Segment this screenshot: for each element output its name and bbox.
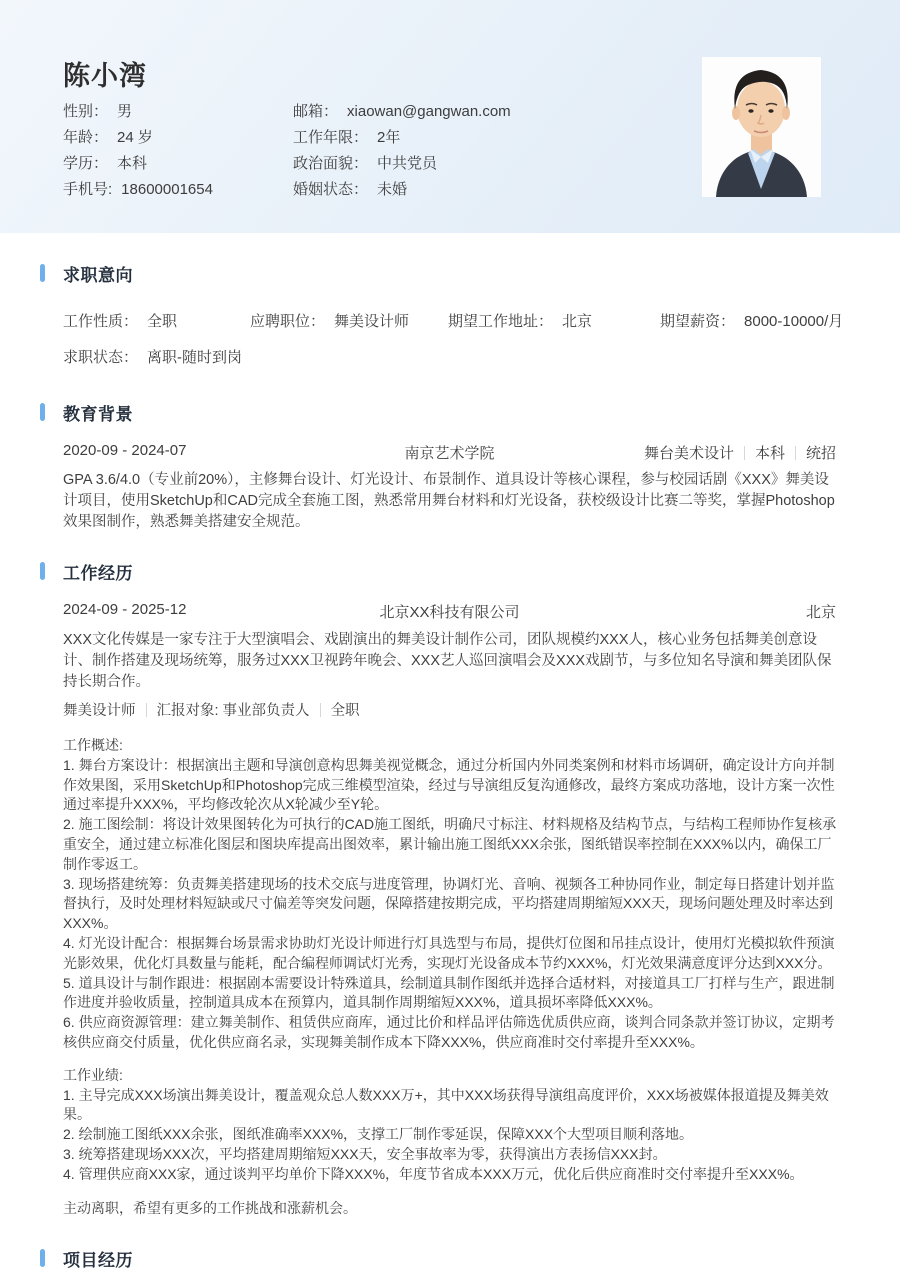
education-meta-row: 2020-09 - 2024-07 南京艺术学院 舞台美术设计 本科 统招 bbox=[63, 442, 836, 462]
education-value: 本科 bbox=[117, 155, 147, 172]
overview-item: 3. 现场搭建统筹：负责舞美搭建现场的技术交底与进度管理，协调灯光、音响、视频各… bbox=[63, 875, 840, 934]
leave-reason: 主动离职，希望有更多的工作挑战和涨薪机会。 bbox=[63, 1199, 840, 1219]
edu-description: GPA 3.6/4.0（专业前20%），主修舞台设计、灯光设计、布景制作、道具设… bbox=[63, 470, 840, 533]
overview-item: 1. 舞台方案设计：根据演出主题和导演创意构思舞美视觉概念，通过分析国内外同类案… bbox=[63, 756, 840, 815]
job-intent-row: 工作性质：全职 应聘职位：舞美设计师 期望工作地址：北京 期望薪资：8000-1… bbox=[0, 310, 900, 332]
phone-label: 手机号: bbox=[63, 181, 112, 198]
target-location-label: 期望工作地址： bbox=[448, 313, 553, 330]
work-job-type: 全职 bbox=[331, 699, 360, 720]
job-type-value: 全职 bbox=[147, 313, 177, 330]
phone-value: 18600001654 bbox=[121, 181, 213, 198]
resume-page: { "theme": { "accent_color": "#6fb0ea", … bbox=[0, 0, 900, 1275]
section-work-title: 工作经历 bbox=[40, 561, 133, 581]
overview-item: 4. 灯光设计配合：根据舞台场景需求协助灯光设计师进行灯具选型与布局，提供灯位图… bbox=[63, 934, 840, 974]
info-field-education: 学历：本科 bbox=[63, 151, 213, 177]
work-years-value: 2年 bbox=[377, 129, 400, 146]
overview-item: 6. 供应商资源管理：建立舞美制作、租赁供应商库，通过比价和样品评估筛选优质供应… bbox=[63, 1013, 840, 1053]
header-info-left: 性别：男 年龄：24 岁 学历：本科 手机号:18600001654 bbox=[63, 99, 213, 203]
section-accent-bar bbox=[40, 403, 45, 421]
work-report-to: 汇报对象: 事业部负责人 bbox=[157, 699, 310, 720]
achievement-item: 1. 主导完成XXX场演出舞美设计，覆盖观众总人数XXX万+，其中XXX场获得导… bbox=[63, 1086, 840, 1126]
work-achievements-block: 工作业绩: 1. 主导完成XXX场演出舞美设计，覆盖观众总人数XXX万+，其中X… bbox=[63, 1066, 840, 1185]
header-info-right: 邮箱：xiaowan@gangwan.com 工作年限：2年 政治面貌：中共党员… bbox=[293, 99, 511, 203]
target-location-field: 期望工作地址：北京 bbox=[448, 310, 592, 331]
divider bbox=[320, 703, 321, 717]
info-field-email: 邮箱：xiaowan@gangwan.com bbox=[293, 99, 511, 125]
job-type-field: 工作性质：全职 bbox=[63, 310, 177, 331]
section-accent-bar bbox=[40, 562, 45, 580]
resume-header: 陈小湾 性别：男 年龄：24 岁 学历：本科 手机号:18600001654 邮… bbox=[0, 0, 900, 233]
candidate-name: 陈小湾 bbox=[63, 54, 147, 93]
work-years-label: 工作年限： bbox=[293, 129, 368, 146]
section-education-title: 教育背景 bbox=[40, 402, 133, 422]
project-title-text: 项目经历 bbox=[63, 1246, 133, 1271]
info-field-age: 年龄：24 岁 bbox=[63, 125, 213, 151]
edu-degree-group: 舞台美术设计 本科 统招 bbox=[644, 442, 836, 463]
work-detail: 工作概述: 1. 舞台方案设计：根据演出主题和导演创意构思舞美视觉概念，通过分析… bbox=[63, 736, 840, 1218]
info-field-political-status: 政治面貌：中共党员 bbox=[293, 151, 511, 177]
age-label: 年龄： bbox=[63, 129, 108, 146]
achievement-item: 2. 绘制施工图纸XXX余张，图纸准确率XXX%，支撑工厂制作零延误，保障XXX… bbox=[63, 1125, 840, 1145]
work-overview-block: 工作概述: 1. 舞台方案设计：根据演出主题和导演创意构思舞美视觉概念，通过分析… bbox=[63, 736, 840, 1053]
email-value: xiaowan@gangwan.com bbox=[347, 103, 511, 120]
job-status-field: 求职状态：离职-随时到岗 bbox=[63, 346, 242, 367]
education-title-text: 教育背景 bbox=[63, 400, 133, 425]
education-label: 学历： bbox=[63, 155, 108, 172]
overview-item: 5. 道具设计与制作跟进：根据剧本需要设计特殊道具，绘制道具制作图纸并选择合适材… bbox=[63, 974, 840, 1014]
marital-status-value: 未婚 bbox=[377, 181, 407, 198]
divider bbox=[146, 703, 147, 717]
job-intent-title-text: 求职意向 bbox=[63, 261, 133, 286]
achievement-item: 3. 统筹搭建现场XXX次，平均搭建周期缩短XXX天，安全事故率为零，获得演出方… bbox=[63, 1145, 840, 1165]
email-label: 邮箱： bbox=[293, 103, 338, 120]
age-value: 24 岁 bbox=[117, 129, 153, 146]
job-status-value: 离职-随时到岗 bbox=[147, 349, 242, 366]
section-accent-bar bbox=[40, 264, 45, 282]
expected-salary-value: 8000-10000/月 bbox=[744, 313, 843, 330]
gender-label: 性别： bbox=[63, 103, 108, 120]
section-project-title: 项目经历 bbox=[40, 1248, 133, 1268]
marital-status-label: 婚姻状态： bbox=[293, 181, 368, 198]
achievement-item: 4. 管理供应商XXX家，通过谈判平均单价下降XXX%，年度节省成本XXX万元，… bbox=[63, 1165, 840, 1185]
target-position-value: 舞美设计师 bbox=[334, 313, 409, 330]
company-intro: XXX文化传媒是一家专注于大型演唱会、戏剧演出的舞美设计制作公司，团队规模约XX… bbox=[63, 630, 840, 693]
work-city: 北京 bbox=[806, 601, 836, 622]
target-position-label: 应聘职位： bbox=[250, 313, 325, 330]
divider bbox=[795, 446, 796, 460]
work-position: 舞美设计师 bbox=[63, 699, 136, 720]
political-status-value: 中共党员 bbox=[377, 155, 437, 172]
expected-salary-field: 期望薪资：8000-10000/月 bbox=[660, 310, 843, 331]
target-position-field: 应聘职位：舞美设计师 bbox=[250, 310, 409, 331]
section-accent-bar bbox=[40, 1249, 45, 1267]
overview-item: 2. 施工图绘制：将设计效果图转化为可执行的CAD施工图纸，明确尺寸标注、材料规… bbox=[63, 815, 840, 874]
info-field-phone: 手机号:18600001654 bbox=[63, 177, 213, 203]
work-role-row: 舞美设计师 汇报对象: 事业部负责人 全职 bbox=[63, 699, 360, 720]
info-field-work-years: 工作年限：2年 bbox=[293, 125, 511, 151]
work-meta-row: 2024-09 - 2025-12 北京XX科技有限公司 北京 bbox=[63, 601, 836, 621]
political-status-label: 政治面貌： bbox=[293, 155, 368, 172]
edu-major: 舞台美术设计 bbox=[644, 442, 734, 463]
edu-admission: 统招 bbox=[806, 442, 836, 463]
job-type-label: 工作性质： bbox=[63, 313, 138, 330]
info-field-marital-status: 婚姻状态：未婚 bbox=[293, 177, 511, 203]
work-title-text: 工作经历 bbox=[63, 559, 133, 584]
job-status-label: 求职状态： bbox=[63, 349, 138, 366]
section-job-intent-title: 求职意向 bbox=[40, 263, 133, 283]
work-overview-heading: 工作概述: bbox=[63, 736, 840, 756]
info-field-gender: 性别：男 bbox=[63, 99, 213, 125]
profile-photo bbox=[702, 57, 821, 197]
edu-degree: 本科 bbox=[755, 442, 785, 463]
target-location-value: 北京 bbox=[562, 313, 592, 330]
work-achievement-heading: 工作业绩: bbox=[63, 1066, 840, 1086]
divider bbox=[744, 446, 745, 460]
work-company: 北京XX科技有限公司 bbox=[63, 601, 836, 622]
expected-salary-label: 期望薪资： bbox=[660, 313, 735, 330]
profile-photo-illustration bbox=[702, 57, 821, 197]
gender-value: 男 bbox=[117, 103, 132, 120]
